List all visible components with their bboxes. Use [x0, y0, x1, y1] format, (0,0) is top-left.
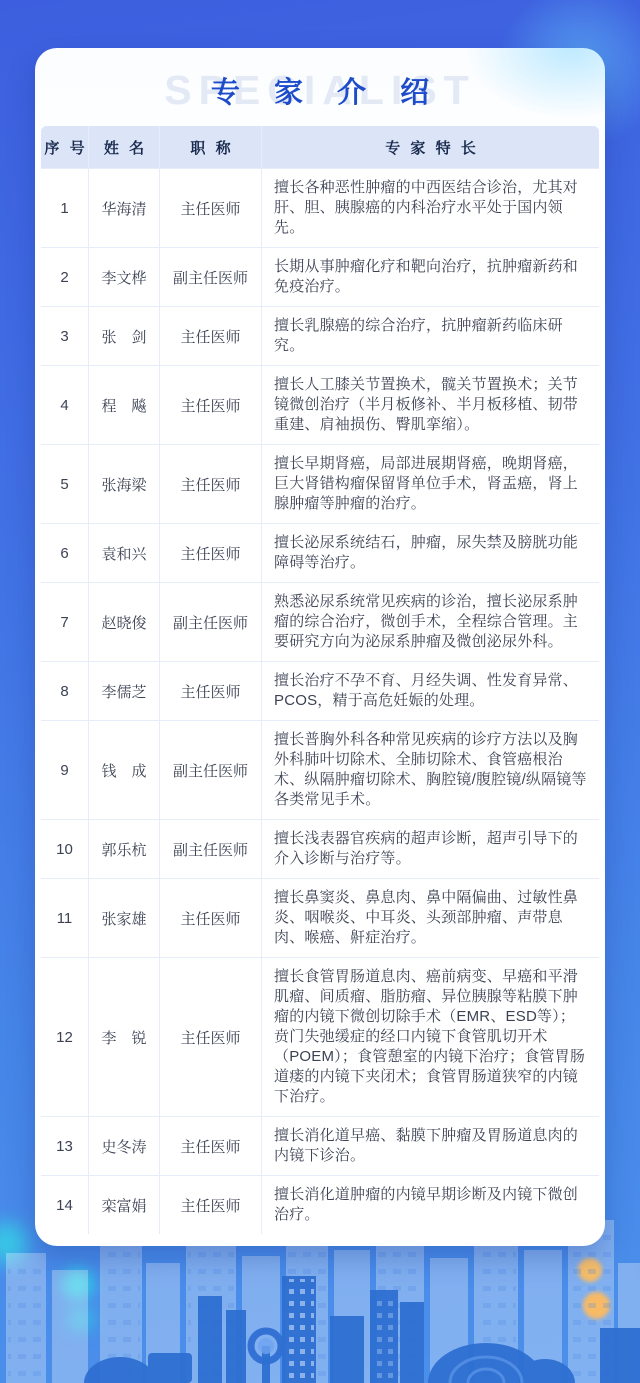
doctor-job-title: 主任医师 — [160, 879, 261, 957]
doctor-name: 钱 成 — [89, 721, 159, 819]
doctor-name: 栾富娟 — [89, 1176, 159, 1234]
row-number: 2 — [41, 248, 88, 306]
row-number: 1 — [41, 169, 88, 247]
doctor-name: 张家雄 — [89, 879, 159, 957]
doctor-job-title: 副主任医师 — [160, 721, 261, 819]
doctor-name: 赵晓俊 — [89, 583, 159, 661]
doctor-name: 李 锐 — [89, 958, 159, 1116]
doctor-job-title: 主任医师 — [160, 1117, 261, 1175]
doctor-name: 史冬涛 — [89, 1117, 159, 1175]
title-block: SPECIALIST 专 家 介 绍 — [41, 62, 599, 118]
row-number: 8 — [41, 662, 88, 720]
column-header-number: 序 号 — [41, 126, 88, 168]
row-number: 7 — [41, 583, 88, 661]
row-number: 14 — [41, 1176, 88, 1234]
doctor-name: 郭乐杭 — [89, 820, 159, 878]
doctor-job-title: 副主任医师 — [160, 820, 261, 878]
doctor-specialty: 擅长人工膝关节置换术，髋关节置换术；关节镜微创治疗（半月板修补、半月板移植、韧带… — [262, 366, 599, 444]
doctor-specialty: 擅长消化道早癌、黏膜下肿瘤及胃肠道息肉的内镜下诊治。 — [262, 1117, 599, 1175]
doctor-job-title: 主任医师 — [160, 524, 261, 582]
doctor-specialty: 擅长泌尿系统结石，肿瘤，尿失禁及膀胱功能障碍等治疗。 — [262, 524, 599, 582]
doctor-specialty: 擅长普胸外科各种常见疾病的诊疗方法以及胸外科肺叶切除术、全肺切除术、食管癌根治术… — [262, 721, 599, 819]
doctor-job-title: 主任医师 — [160, 958, 261, 1116]
doctor-specialty: 熟悉泌尿系统常见疾病的诊治，擅长泌尿系肿瘤的综合治疗，微创手术，全程综合管理。主… — [262, 583, 599, 661]
doctor-job-title: 主任医师 — [160, 662, 261, 720]
doctor-name: 张 剑 — [89, 307, 159, 365]
doctor-specialty: 擅长乳腺癌的综合治疗，抗肿瘤新药临床研究。 — [262, 307, 599, 365]
doctor-specialty: 擅长早期肾癌，局部进展期肾癌，晚期肾癌，巨大肾错构瘤保留肾单位手术，肾盂癌，肾上… — [262, 445, 599, 523]
page-title: 专 家 介 绍 — [41, 62, 599, 118]
row-number: 5 — [41, 445, 88, 523]
row-number: 4 — [41, 366, 88, 444]
doctor-job-title: 主任医师 — [160, 169, 261, 247]
doctor-job-title: 主任医师 — [160, 1176, 261, 1234]
row-number: 13 — [41, 1117, 88, 1175]
row-number: 6 — [41, 524, 88, 582]
row-number: 10 — [41, 820, 88, 878]
doctor-name: 袁和兴 — [89, 524, 159, 582]
row-number: 3 — [41, 307, 88, 365]
doctor-specialty: 擅长浅表器官疾病的超声诊断，超声引导下的介入诊断与治疗等。 — [262, 820, 599, 878]
doctor-specialty: 擅长治疗不孕不育、月经失调、性发育异常、PCOS，精于高危妊娠的处理。 — [262, 662, 599, 720]
doctor-specialty: 擅长鼻窦炎、鼻息肉、鼻中隔偏曲、过敏性鼻炎、咽喉炎、中耳炎、头颈部肿瘤、声带息肉… — [262, 879, 599, 957]
row-number: 11 — [41, 879, 88, 957]
column-header-title: 职 称 — [160, 126, 261, 168]
doctor-specialty: 擅长食管胃肠道息肉、癌前病变、早癌和平滑肌瘤、间质瘤、脂肪瘤、异位胰腺等粘膜下肿… — [262, 958, 599, 1116]
doctor-name: 华海清 — [89, 169, 159, 247]
specialist-table: 序 号 姓 名 职 称 专 家 特 长 1 华海清 主任医师 擅长各种恶性肿瘤的… — [41, 126, 599, 1234]
doctor-job-title: 主任医师 — [160, 445, 261, 523]
doctor-specialty: 擅长各种恶性肿瘤的中西医结合诊治，尤其对肝、胆、胰腺癌的内科治疗水平处于国内领先… — [262, 169, 599, 247]
doctor-name: 程 飚 — [89, 366, 159, 444]
doctor-name: 李文桦 — [89, 248, 159, 306]
doctor-job-title: 主任医师 — [160, 307, 261, 365]
doctor-specialty: 擅长消化道肿瘤的内镜早期诊断及内镜下微创治疗。 — [262, 1176, 599, 1234]
specialist-card: SPECIALIST 专 家 介 绍 序 号 姓 名 职 称 专 家 特 长 1… — [35, 48, 605, 1246]
column-header-name: 姓 名 — [89, 126, 159, 168]
doctor-specialty: 长期从事肿瘤化疗和靶向治疗，抗肿瘤新药和免疫治疗。 — [262, 248, 599, 306]
doctor-name: 李儒芝 — [89, 662, 159, 720]
doctor-job-title: 主任医师 — [160, 366, 261, 444]
column-header-specialty: 专 家 特 长 — [262, 126, 599, 168]
row-number: 9 — [41, 721, 88, 819]
row-number: 12 — [41, 958, 88, 1116]
doctor-job-title: 副主任医师 — [160, 248, 261, 306]
doctor-job-title: 副主任医师 — [160, 583, 261, 661]
doctor-name: 张海梁 — [89, 445, 159, 523]
